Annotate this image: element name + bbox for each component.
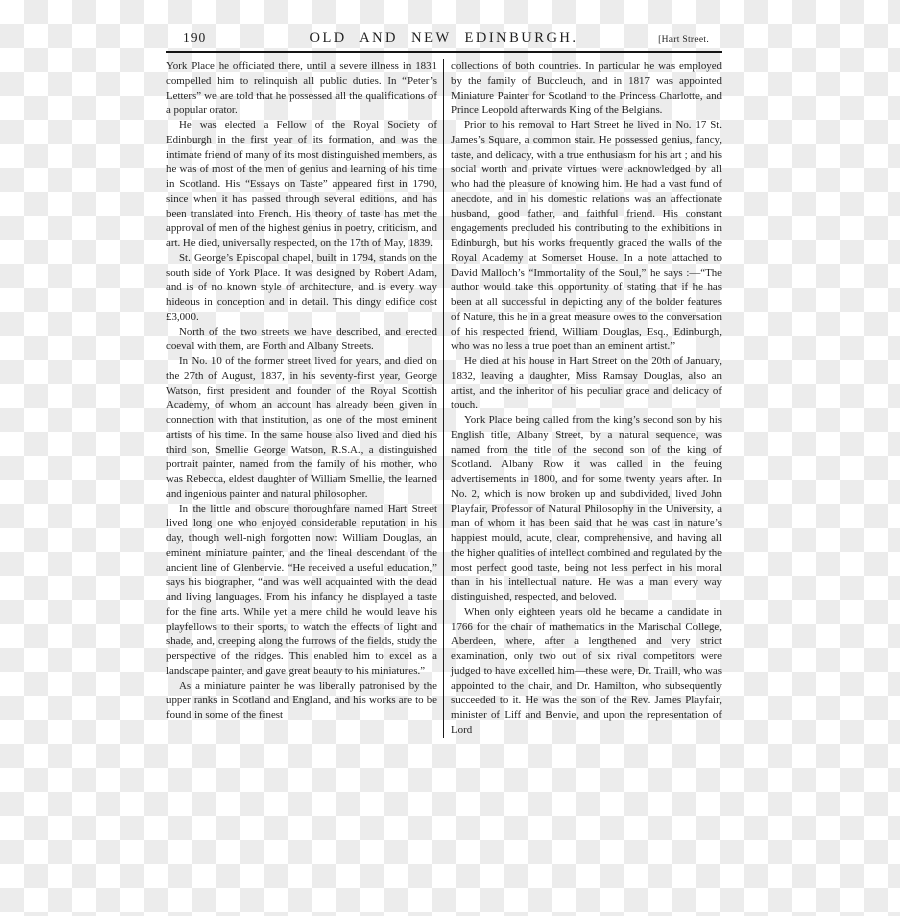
left-column: York Place he officiated there, until a … [166, 59, 444, 738]
paragraph: North of the two streets we have describ… [166, 325, 437, 355]
paragraph: In No. 10 of the former street lived for… [166, 354, 437, 502]
text-columns: York Place he officiated there, until a … [166, 59, 722, 738]
paragraph: When only eighteen years old he became a… [451, 605, 722, 738]
paragraph: He was elected a Fellow of the Royal Soc… [166, 118, 437, 251]
page-number: 190 [166, 30, 206, 46]
paragraph: He died at his house in Hart Street on t… [451, 354, 722, 413]
paragraph: As a miniature painter he was liberally … [166, 679, 437, 723]
page-header: 190 OLD AND NEW EDINBURGH. [Hart Street. [166, 30, 722, 53]
paragraph: York Place he officiated there, until a … [166, 59, 437, 118]
paragraph: York Place being called from the king’s … [451, 413, 722, 605]
paragraph: In the little and obscure thoroughfare n… [166, 502, 437, 679]
book-page: 190 OLD AND NEW EDINBURGH. [Hart Street.… [166, 30, 722, 738]
paragraph: collections of both countries. In partic… [451, 59, 722, 118]
paragraph: Prior to his removal to Hart Street he l… [451, 118, 722, 354]
running-head: [Hart Street. [658, 35, 722, 45]
page-title: OLD AND NEW EDINBURGH. [309, 30, 578, 47]
paragraph: St. George’s Episcopal chapel, built in … [166, 251, 437, 325]
right-column: collections of both countries. In partic… [444, 59, 722, 738]
